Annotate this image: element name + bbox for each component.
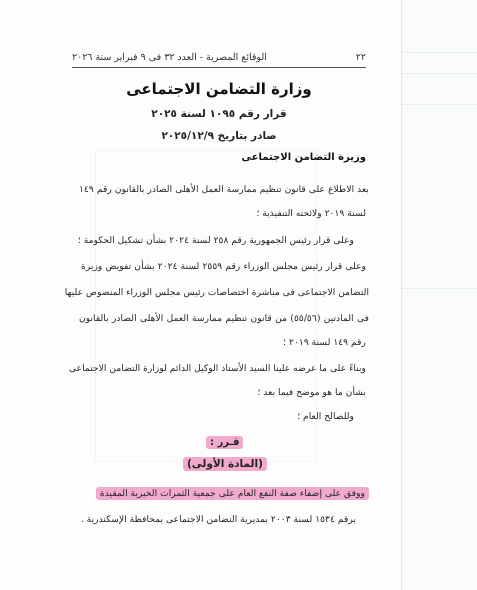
bleed-through-watermark [95,150,317,462]
header-rule [72,67,366,68]
decided-heading: قـرر : [206,437,243,448]
preamble-line: فى المادتين (٥٥/٥٦) من قانون تنظيم ممارس… [79,313,369,324]
preamble-line: وللصالح العام ؛ [297,411,354,422]
running-header: ٢٢ الوقائع المصرية - العدد ٣٢ فى ٩ فبراي… [72,48,366,66]
page-fold-margin [401,0,477,590]
decree-number: قرار رقم ١٠٩٥ لسنة ٢٠٢٥ [72,108,366,120]
preamble-line: بشأن ما هو موضح فيما بعد ؛ [257,387,366,398]
preamble-line: بعد الاطلاع على قانون تنظيم ممارسة العمل… [79,184,369,195]
article-line: برقم ١٥٣٤ لسنة ٢٠٠٣ بمديرية التضامن الاج… [81,514,356,525]
highlighted-article-text: ووفق على إضفاء صفة النفع العام على جمعية… [96,487,369,500]
margin-line [402,288,477,289]
issuer-heading: وزيرة التضامن الاجتماعى [242,152,366,163]
preamble-line: وعلى قرار رئيس الجمهورية رقم ٢٥٨ لسنة ٢٠… [78,235,354,246]
margin-line [402,52,477,53]
article-heading: (المادة الأولى) [183,458,267,470]
issue-date: صادر بتاريخ ٢٠٢٥/١٢/٩ [72,130,366,142]
running-title: الوقائع المصرية - العدد ٣٢ فى ٩ فبراير س… [72,52,267,63]
decided-label: قـرر : [206,436,243,449]
preamble-line: رقم ١٤٩ لسنة ٢٠١٩ ؛ [283,337,366,348]
margin-line [402,73,477,74]
preamble-line: وبناءً على ما عرضه علينا السيد الأستاذ ا… [80,363,366,374]
preamble-line: وعلى قرار رئيس مجلس الوزراء رقم ٢٥٥٩ لسن… [81,261,366,272]
ministry-title: وزارة التضامن الاجتماعى [72,80,366,98]
preamble-line: لسنة ٢٠١٩ ولائحته التنفيذية ؛ [256,208,366,219]
page-number: ٢٢ [356,52,366,63]
margin-line [402,104,477,105]
preamble-line: التضامن الاجتماعى فى مباشرة اختصاصات رئي… [79,287,369,298]
article-line: ووفق على إضفاء صفة النفع العام على جمعية… [77,488,369,499]
article-label: (المادة الأولى) [183,457,267,471]
